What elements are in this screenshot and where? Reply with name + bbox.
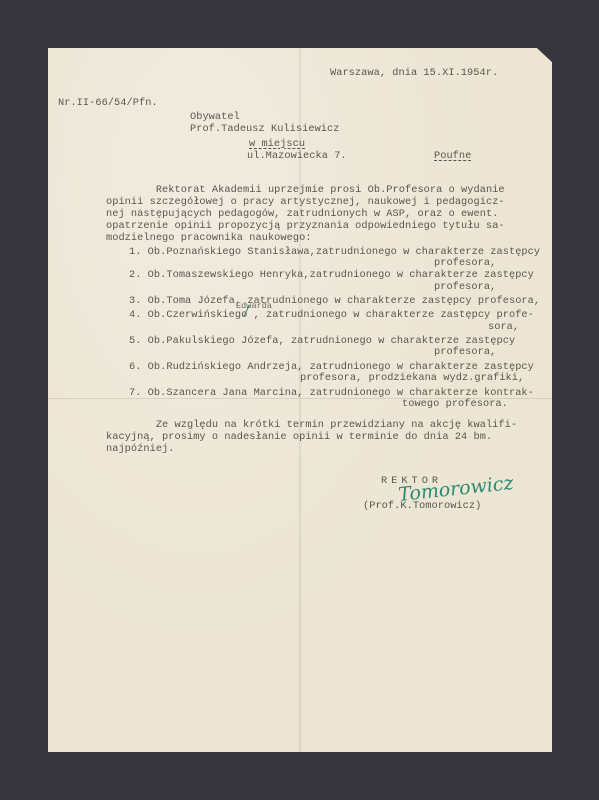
recipient-address: ul.Mazowiecka 7. [247, 150, 347, 162]
list-item-continuation: profesora, prodziekana wydz.grafiki, [300, 372, 524, 384]
list-item-continuation: towego profesora. [402, 398, 508, 410]
confidential-mark: Poufne [434, 150, 471, 162]
list-item: 2. Ob.Tomaszewskiego Henryka,zatrudnione… [129, 269, 534, 281]
intro-line: modzielnego pracownika naukowego: [106, 232, 312, 244]
recipient-name: Prof.Tadeusz Kulisiewicz [190, 123, 340, 135]
intro-line: nej następujących pedagogów, zatrudniony… [106, 208, 498, 220]
date-line: Warszawa, dnia 15.XI.1954r. [330, 67, 498, 79]
intro-line: Rektorat Akademii uprzejmie prosi Ob.Pro… [106, 184, 505, 196]
recipient-salutation: Obywatel [190, 111, 240, 123]
intro-line: opinii szczegółowej o pracy artystycznej… [106, 196, 505, 208]
recipient-location: w miejscu [249, 138, 305, 150]
closing-line: najpóźniej. [106, 443, 175, 455]
list-item: 3. Ob.Toma Józefa, zatrudnionego w chara… [129, 295, 540, 307]
closing-line: Ze względu na krótki termin przewidziany… [106, 419, 517, 431]
list-item-continuation: profesora, [434, 281, 496, 293]
list-item-continuation: sora, [488, 321, 519, 333]
list-item-continuation: profesora, [434, 346, 496, 358]
list-item-continuation: profesora, [434, 257, 496, 269]
list-item: 4. Ob.Czerwińskiego , zatrudnionego w ch… [129, 309, 534, 321]
closing-line: kacyjną, prosimy o nadesłanie opinii w t… [106, 431, 492, 443]
reference-number: Nr.II-66/54/Pfn. [58, 97, 158, 109]
correction-mark-icon: / [244, 304, 249, 320]
intro-line: opatrzenie opinii propozycją przyznania … [106, 220, 505, 232]
signatory-name: (Prof.K.Tomorowicz) [363, 500, 481, 512]
